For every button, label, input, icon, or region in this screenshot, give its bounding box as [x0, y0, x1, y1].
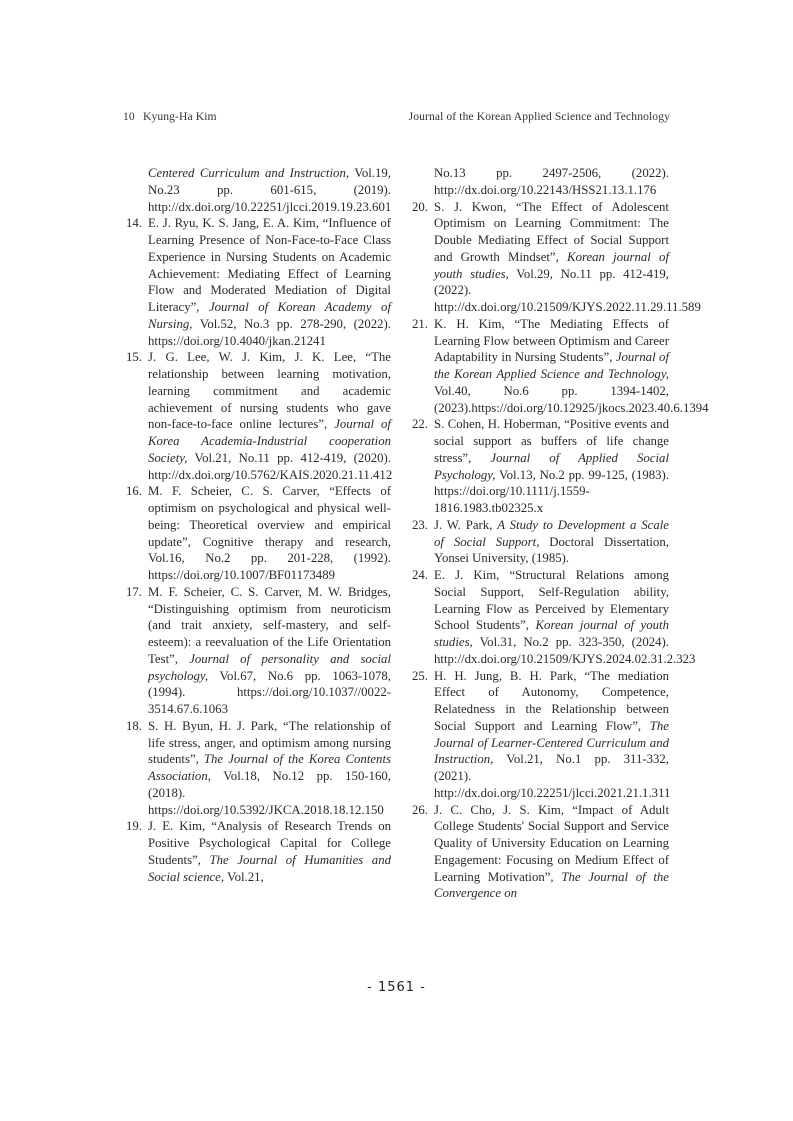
reference-number: 19. [126, 818, 142, 835]
reference-item: 21.K. H. Kim, “The Mediating Effects of … [412, 316, 669, 417]
reference-item: 25.H. H. Jung, B. H. Park, “The mediatio… [412, 668, 669, 802]
reference-number: 22. [412, 416, 428, 433]
reference-item: 26.J. C. Cho, J. S. Kim, “Impact of Adul… [412, 802, 669, 903]
reference-item: 17.M. F. Scheier, C. S. Carver, M. W. Br… [126, 584, 391, 718]
reference-item: 24.E. J. Kim, “Structural Relations amon… [412, 567, 669, 668]
reference-item: 22.S. Cohen, H. Hoberman, “Positive even… [412, 416, 669, 517]
reference-item: 18.S. H. Byun, H. J. Park, “The relation… [126, 718, 391, 819]
reference-text: J. W. Park, [434, 518, 497, 532]
reference-item: 23.J. W. Park, A Study to Development a … [412, 517, 669, 567]
reference-item: 16.M. F. Scheier, C. S. Carver, “Effects… [126, 483, 391, 584]
reference-text: Vol.40, No.6 pp. 1394-1402, (2023).https… [434, 384, 709, 415]
reference-continued: Centered Curriculum and Instruction, Vol… [126, 165, 391, 215]
reference-number: 24. [412, 567, 428, 584]
reference-item: 20.S. J. Kwon, “The Effect of Adolescent… [412, 199, 669, 316]
running-head-journal: Journal of the Korean Applied Science an… [409, 110, 670, 123]
reference-number: 17. [126, 584, 142, 601]
reference-text: Vol.31, No.2 pp. 323-350, (2024). http:/… [434, 635, 695, 666]
reference-item: 14.E. J. Ryu, K. S. Jang, E. A. Kim, “In… [126, 215, 391, 349]
references-right-column: No.13 pp. 2497-2506, (2022). http://dx.d… [412, 165, 669, 902]
reference-text: M. F. Scheier, C. S. Carver, “Effects of… [148, 484, 391, 582]
reference-text: No.13 pp. 2497-2506, (2022). http://dx.d… [434, 166, 669, 197]
reference-number: 20. [412, 199, 428, 216]
running-head-author: Kyung-Ha Kim [143, 110, 217, 123]
reference-number: 14. [126, 215, 142, 232]
reference-item: 19.J. E. Kim, “Analysis of Research Tren… [126, 818, 391, 885]
reference-italic: Centered Curriculum and Instruction, [148, 166, 349, 180]
reference-number: 23. [412, 517, 428, 534]
reference-number: 25. [412, 668, 428, 685]
reference-number: 16. [126, 483, 142, 500]
reference-number: 26. [412, 802, 428, 819]
page-number: 10 [123, 110, 135, 123]
reference-number: 21. [412, 316, 428, 333]
reference-text: H. H. Jung, B. H. Park, “The mediation E… [434, 669, 669, 733]
references-left-column: Centered Curriculum and Instruction, Vol… [126, 165, 391, 885]
reference-number: 18. [126, 718, 142, 735]
page-folio: - 1561 - [0, 980, 793, 995]
reference-number: 15. [126, 349, 142, 366]
reference-text: Vol.21, [224, 870, 264, 884]
reference-item: 15.J. G. Lee, W. J. Kim, J. K. Lee, “The… [126, 349, 391, 483]
reference-continued: No.13 pp. 2497-2506, (2022). http://dx.d… [412, 165, 669, 199]
